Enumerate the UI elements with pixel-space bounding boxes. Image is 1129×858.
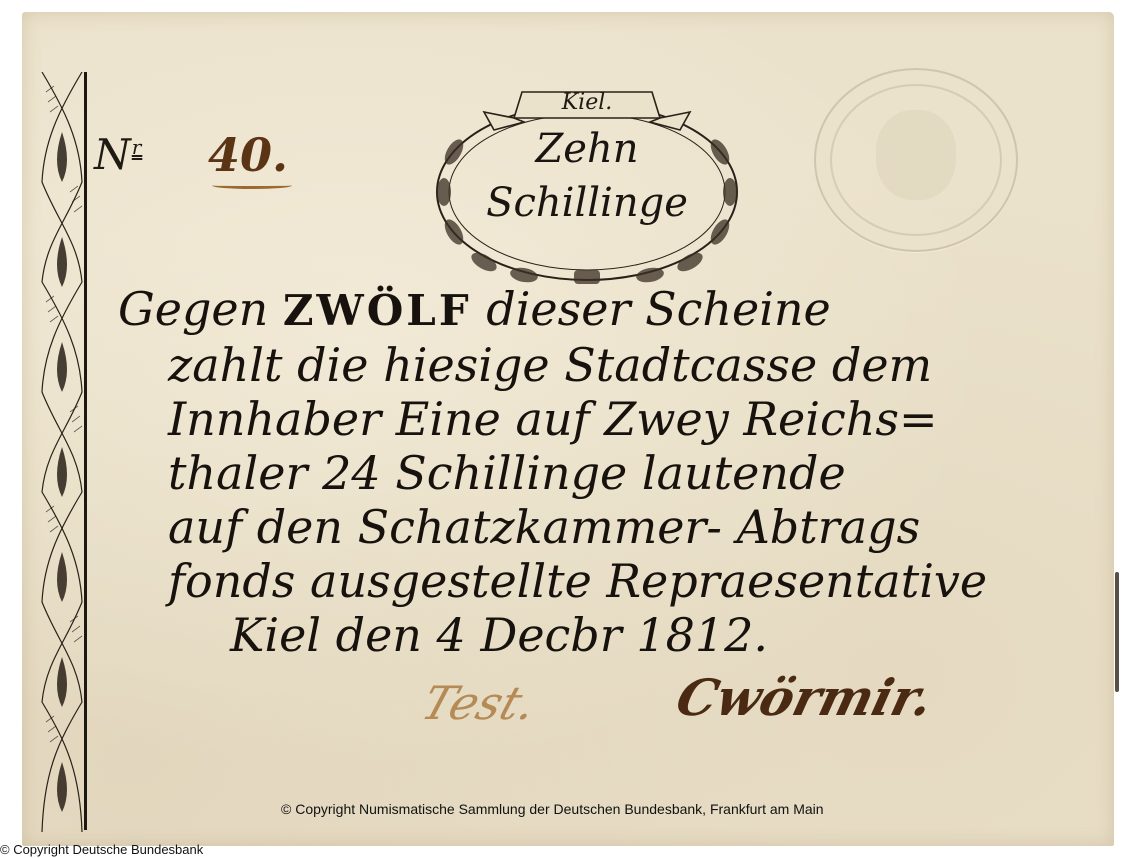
serial-underline — [212, 182, 292, 189]
signature-left: Test. — [415, 676, 544, 730]
note-body-text: Gegen ZWÖLF dieser Scheine zahlt die hie… — [118, 282, 1078, 662]
serial-number: 40. — [208, 128, 288, 182]
copyright-corner: © Copyright Deutsche Bundesbank — [0, 842, 203, 857]
body-line: zahlt die hiesige Stadtcasse dem — [118, 338, 1078, 392]
border-rule — [84, 72, 87, 830]
body-emphasis: ZWÖLF — [283, 286, 472, 335]
body-line: Gegen ZWÖLF dieser Scheine — [118, 282, 1078, 338]
banknote: Nr 40. — [22, 12, 1114, 846]
seal-eagle-icon — [876, 110, 956, 200]
number-label: Nr — [94, 130, 142, 179]
body-line: fonds ausgestellte Repraesentative — [118, 554, 1078, 608]
leaf-border-ornament — [36, 72, 88, 832]
cartouche-town: Kiel. — [424, 90, 750, 115]
body-line: thaler 24 Schillinge lautende — [118, 446, 1078, 500]
embossed-seal — [814, 68, 1018, 252]
signature-right: Cwörmir. — [671, 668, 939, 727]
edge-mark — [1115, 572, 1119, 692]
body-line: Innhaber Eine auf Zwey Reichs= — [118, 392, 1078, 446]
denomination-line-1: Zehn — [424, 126, 750, 172]
denomination-line-2: Schillinge — [424, 180, 750, 226]
date-line: Kiel den 4 Decbr 1812. — [118, 608, 1078, 662]
copyright-notice: © Copyright Numismatische Sammlung der D… — [281, 801, 824, 817]
wreath-cartouche: Kiel. Zehn Schillinge — [424, 82, 750, 288]
body-line: auf den Schatzkammer- Abtrags — [118, 500, 1078, 554]
